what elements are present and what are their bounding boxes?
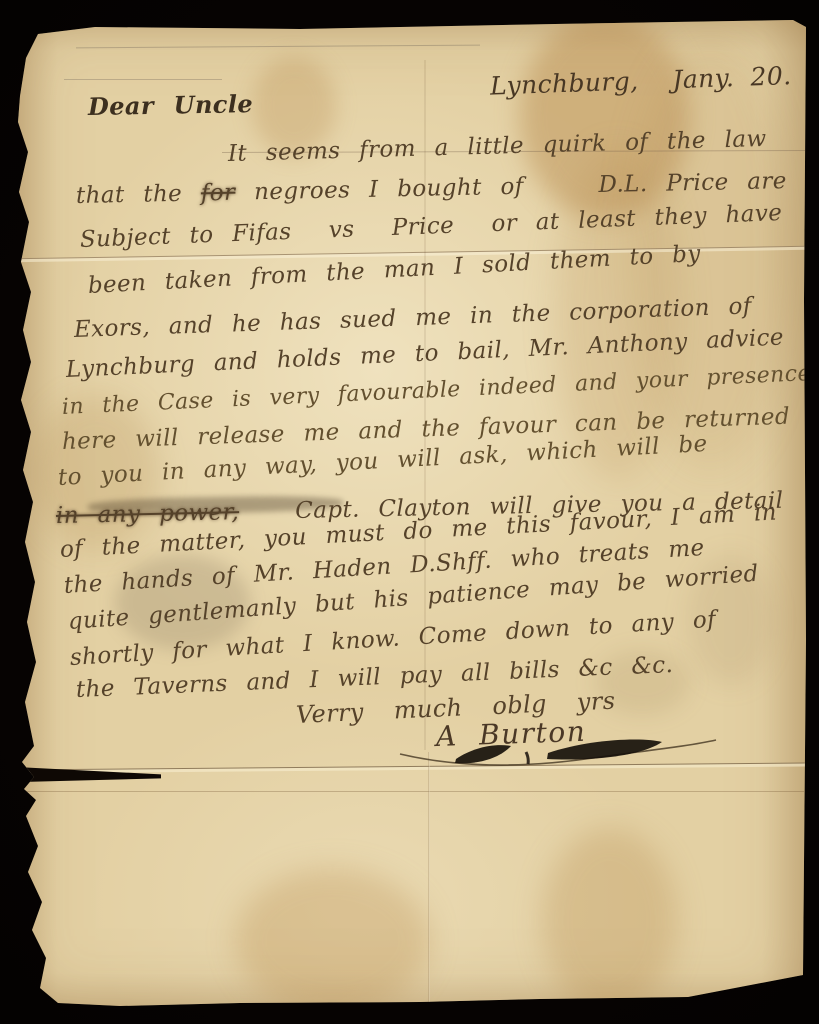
letter-paper: Lynchburg,Jany. 20.th1826 Dear Uncle It … <box>0 0 819 1024</box>
stain-bottom-left <box>235 868 430 1013</box>
signature-flourish <box>398 728 718 774</box>
dateline-place: Lynchburg, <box>490 66 639 100</box>
salutation: Dear Uncle <box>88 91 253 120</box>
vertical-crease-bottom <box>428 752 430 1004</box>
body-line-2-pre: that the <box>76 180 201 209</box>
faint-ruled-line <box>64 79 222 80</box>
struck-phrase: in any power, <box>56 499 240 529</box>
body-line-4: been taken from the man I sold them to b… <box>87 242 701 299</box>
stain-bottom-center <box>542 828 677 1013</box>
body-line-2-post: negroes I bought of D.L. Price are <box>235 168 787 206</box>
dateline-date: Jany. 20. <box>672 61 792 94</box>
struck-word: for <box>201 180 236 207</box>
fold-crease-lower-faint <box>24 791 804 792</box>
paper-tear <box>16 764 161 784</box>
body-line-1: It seems from a little quirk of the law <box>228 127 767 167</box>
photo-background: Lynchburg,Jany. 20.th1826 Dear Uncle It … <box>0 0 819 1024</box>
dateline: Lynchburg,Jany. 20.th1826 <box>391 29 819 132</box>
